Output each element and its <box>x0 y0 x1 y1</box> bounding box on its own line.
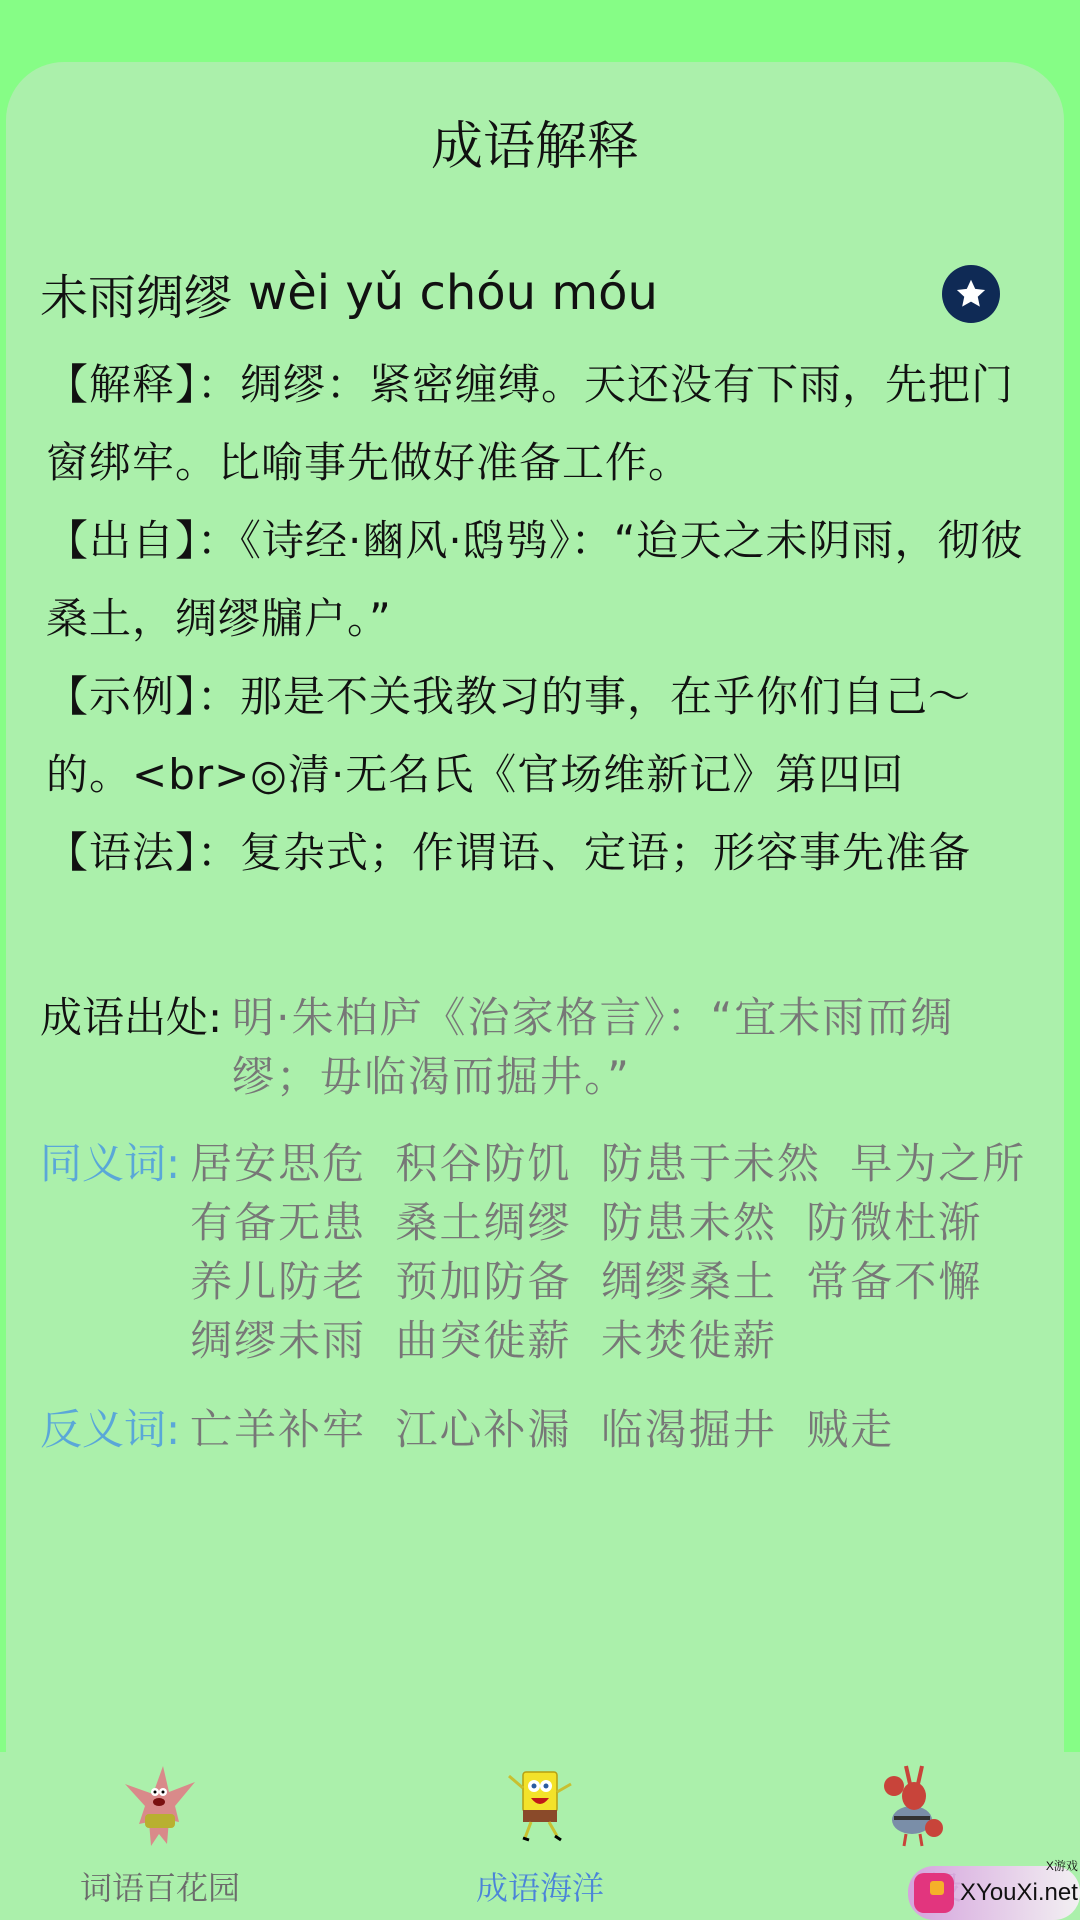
card-content: 未雨绸缪 wèi yǔ chóu móu 【解释】：绸缪：紧密缠缚。天还没有下雨… <box>40 258 1030 1459</box>
spongebob-icon <box>495 1762 585 1852</box>
idiom-header: 未雨绸缪 wèi yǔ chóu móu <box>40 258 1030 328</box>
idiom-details: 【解释】：绸缪：紧密缠缚。天还没有下雨，先把门窗绑牢。比喻事先做好准备工作。 【… <box>40 346 1030 892</box>
synonyms-label: 同义词: <box>40 1134 190 1193</box>
patrick-star-icon <box>115 1762 205 1852</box>
idiom-pinyin: wèi yǔ chóu móu <box>248 265 658 321</box>
origin-value: 明·朱柏庐《治家格言》：“宜未雨而绸缪；毋临渴而掘井。” <box>232 988 1030 1106</box>
synonyms-list[interactable]: 居安思危 积谷防饥 防患于未然 早为之所 有备无患 桑土绸缪 防患未然 防微杜渐… <box>190 1134 1030 1370</box>
detail-example: 【示例】：那是不关我教习的事，在乎你们自己～的。<br>◎清·无名氏《官场维新记… <box>40 658 1030 814</box>
detail-explanation: 【解释】：绸缪：紧密缠缚。天还没有下雨，先把门窗绑牢。比喻事先做好准备工作。 <box>40 346 1030 502</box>
star-icon <box>953 276 989 312</box>
tab-label: 成语海洋 <box>360 1866 720 1910</box>
page-title: 成语解释 <box>6 112 1064 182</box>
origin-label: 成语出处: <box>40 988 232 1047</box>
mr-krabs-icon <box>870 1762 960 1852</box>
tab-word-garden[interactable]: 词语百花园 <box>0 1752 360 1920</box>
watermark-subtext: X游戏 <box>1046 1857 1078 1874</box>
origin-row: 成语出处: 明·朱柏庐《治家格言》：“宜未雨而绸缪；毋临渴而掘井。” <box>40 988 1030 1106</box>
gamepad-logo-icon <box>914 1873 954 1913</box>
synonyms-row: 同义词: 居安思危 积谷防饥 防患于未然 早为之所 有备无患 桑土绸缪 防患未然… <box>40 1134 1030 1370</box>
antonyms-label: 反义词: <box>40 1400 190 1459</box>
tab-label: 词语百花园 <box>0 1866 320 1910</box>
antonyms-row: 反义词: 亡羊补牢 江心补漏 临渴掘井 贼走 <box>40 1400 1030 1459</box>
detail-grammar: 【语法】：复杂式；作谓语、定语；形容事先准备 <box>40 814 1030 892</box>
watermark-text: XYouXi.net X游戏 <box>960 1879 1078 1907</box>
antonyms-list[interactable]: 亡羊补牢 江心补漏 临渴掘井 贼走 <box>190 1400 1030 1459</box>
detail-source: 【出自】：《诗经·豳风·鸱鸮》：“迨天之未阴雨，彻彼桑土，绸缪牖户。” <box>40 502 1030 658</box>
tab-idiom-ocean[interactable]: 成语海洋 <box>360 1752 720 1920</box>
idiom-detail-card: 成语解释 未雨绸缪 wèi yǔ chóu móu 【解释】：绸缪：紧密缠缚。天… <box>6 62 1064 1762</box>
favorite-button[interactable] <box>942 265 1000 323</box>
idiom-word: 未雨绸缪 <box>40 259 232 328</box>
watermark-badge: XYouXi.net X游戏 <box>908 1866 1080 1920</box>
